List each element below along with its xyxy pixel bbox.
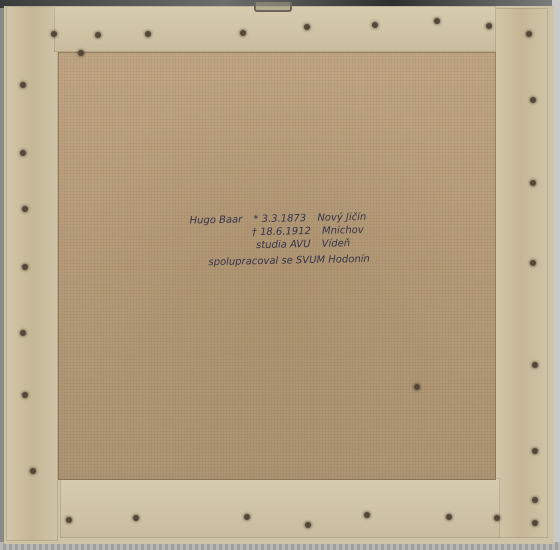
nail-icon xyxy=(20,150,26,156)
nail-icon xyxy=(434,18,440,24)
frame-strip-bottom xyxy=(60,478,500,538)
nail-icon xyxy=(372,22,378,28)
birth-date: * 3.3.1873 xyxy=(253,213,306,225)
study-city: Vídeň xyxy=(322,238,351,250)
nail-icon xyxy=(414,384,420,390)
artist-name: Hugo Baar xyxy=(189,214,242,226)
inscription-line-3: studia AVU Vídeň xyxy=(256,235,430,252)
nail-icon xyxy=(532,448,538,454)
frame-strip-left xyxy=(6,6,58,541)
nail-icon xyxy=(240,30,246,36)
hanger-hook xyxy=(254,2,292,12)
nail-icon xyxy=(446,514,452,520)
nail-icon xyxy=(530,180,536,186)
nail-icon xyxy=(494,515,500,521)
nail-icon xyxy=(304,24,310,30)
nail-icon xyxy=(95,32,101,38)
nail-icon xyxy=(364,512,370,518)
photo-scene: Hugo Baar * 3.3.1873 Nový Jičín † 18.6.1… xyxy=(0,0,560,550)
studies: studia AVU xyxy=(256,239,311,251)
nail-icon xyxy=(51,31,57,37)
frame-strip-top xyxy=(54,6,496,52)
nail-icon xyxy=(532,362,538,368)
nail-icon xyxy=(22,392,28,398)
death-date: † 18.6.1912 xyxy=(252,226,311,238)
nail-icon xyxy=(526,31,532,37)
birth-place: Nový Jičín xyxy=(317,212,366,224)
nail-icon xyxy=(532,520,538,526)
nail-icon xyxy=(530,260,536,266)
death-place: Mnichov xyxy=(322,225,364,237)
nail-icon xyxy=(244,514,250,520)
frame-strip-right xyxy=(494,8,548,538)
nail-icon xyxy=(78,50,84,56)
nail-icon xyxy=(20,82,26,88)
nail-icon xyxy=(532,497,538,503)
nail-icon xyxy=(30,468,36,474)
nail-icon xyxy=(133,515,139,521)
nail-icon xyxy=(22,206,28,212)
nail-icon xyxy=(530,97,536,103)
nail-icon xyxy=(145,31,151,37)
nail-icon xyxy=(486,23,492,29)
nail-icon xyxy=(22,264,28,270)
nail-icon xyxy=(305,522,311,528)
nail-icon xyxy=(66,517,72,523)
handwritten-inscription: Hugo Baar * 3.3.1873 Nový Jičín † 18.6.1… xyxy=(189,209,430,269)
nail-icon xyxy=(20,330,26,336)
